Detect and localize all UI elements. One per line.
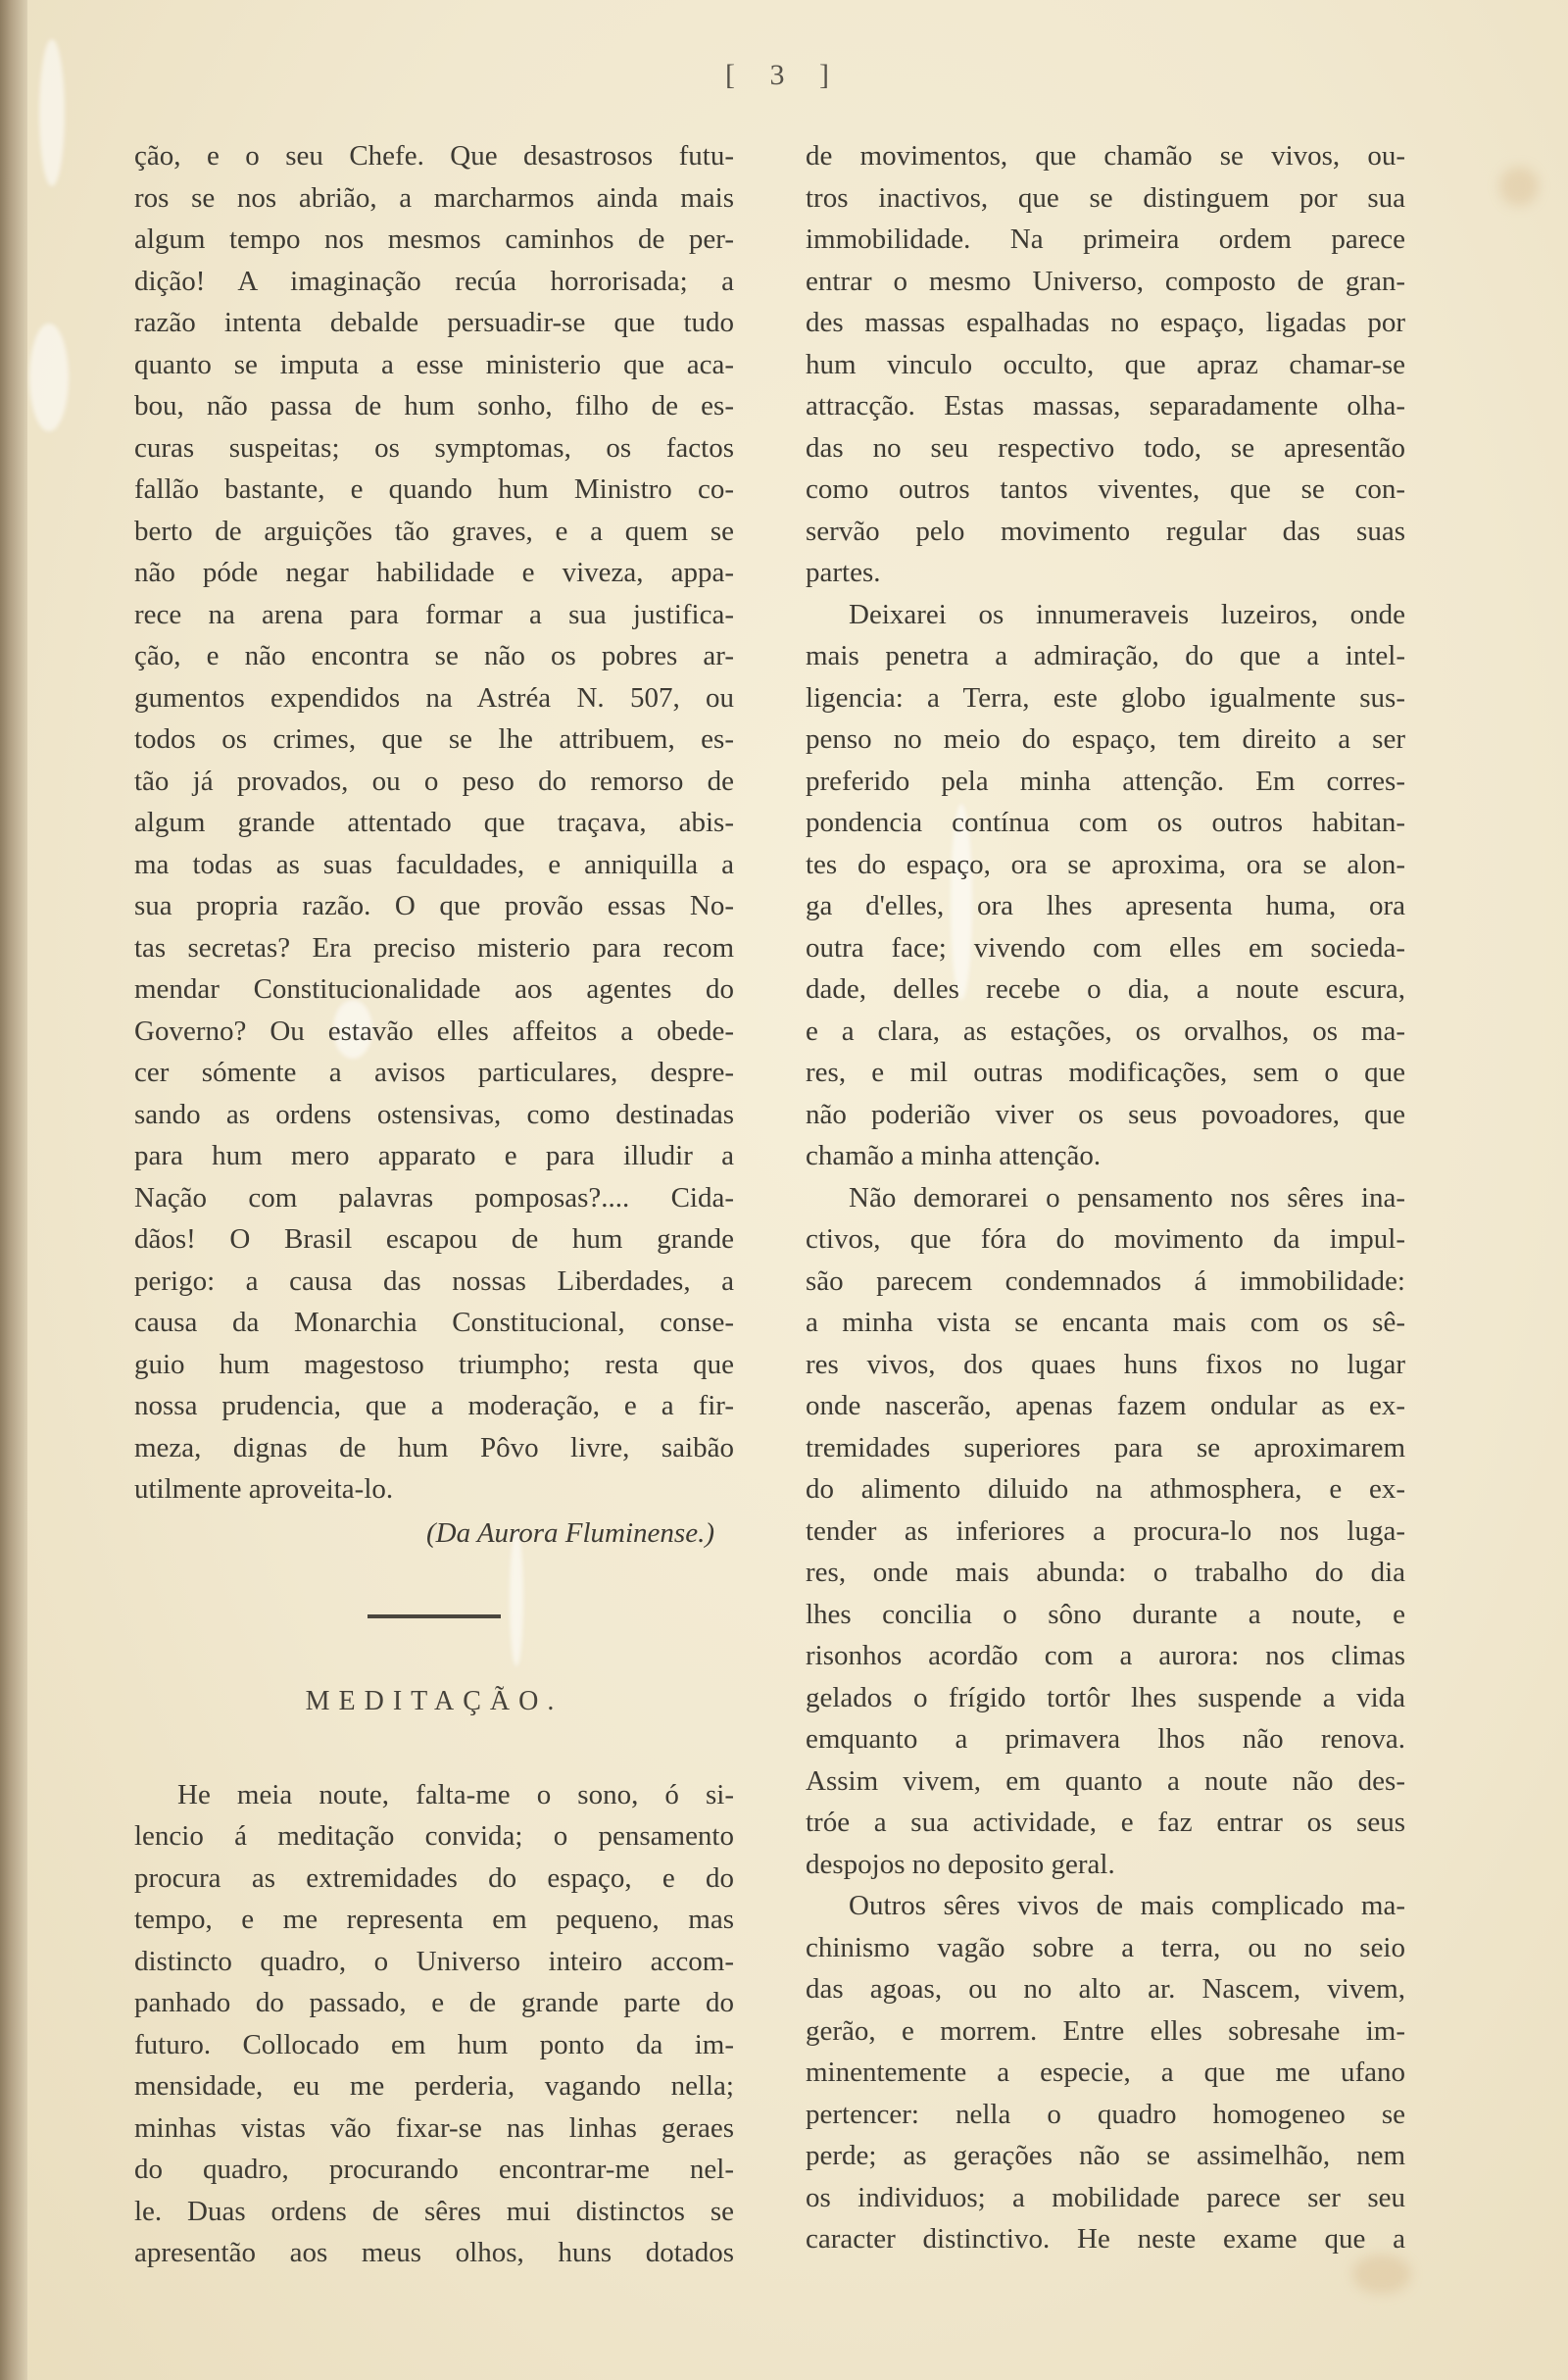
text-line: preferido pela minha attenção. Em corres… xyxy=(806,761,1405,803)
text-line: gerão, e morrem. Entre elles sobresahe i… xyxy=(806,2010,1405,2053)
text-line: penso no meio do espaço, tem direito a s… xyxy=(806,719,1405,761)
text-line: tas secretas? Era preciso misterio para … xyxy=(134,927,734,969)
text-line: tão já provados, ou o peso do remorso de xyxy=(134,761,734,803)
text-line: bou, não passa de hum sonho, filho de es… xyxy=(134,385,734,427)
text-line: ctivos, que fóra do movimento da impul- xyxy=(806,1218,1405,1261)
text-line: Nação com palavras pomposas?.... Cida- xyxy=(134,1177,734,1219)
text-line: emquanto a primavera lhos não renova. xyxy=(806,1718,1405,1760)
paper-foxing xyxy=(1499,167,1539,206)
text-line: pertencer: nella o quadro homogeneo se xyxy=(806,2094,1405,2136)
text-line: guio hum magestoso triumpho; resta que xyxy=(134,1344,734,1386)
text-line: do alimento diluido na athmosphera, e ex… xyxy=(806,1468,1405,1511)
text-line: tros inactivos, que se distinguem por su… xyxy=(806,177,1405,220)
text-line: curas suspeitas; os symptomas, os factos xyxy=(134,427,734,470)
text-line: como outros tantos viventes, que se con- xyxy=(806,469,1405,511)
text-line: immobilidade. Na primeira ordem parece xyxy=(806,219,1405,261)
text-line: minhas vistas vão fixar-se nas linhas ge… xyxy=(134,2107,734,2150)
text-line: rece na arena para formar a sua justific… xyxy=(134,594,734,636)
article-continuation: ção, e o seu Chefe. Que desastrosos futu… xyxy=(134,135,734,1554)
text-line: fallão bastante, e quando hum Ministro c… xyxy=(134,469,734,511)
binding-edge xyxy=(0,0,27,2380)
text-line: tróe a sua actividade, e faz entrar os s… xyxy=(806,1802,1405,1844)
text-line: tremidades superiores para se aproximare… xyxy=(806,1427,1405,1469)
text-line: res vivos, dos quaes huns fixos no lugar xyxy=(806,1344,1405,1386)
text-line: procura as extremidades do espaço, e do xyxy=(134,1858,734,1900)
text-line: sando as ordens ostensivas, como destina… xyxy=(134,1094,734,1136)
text-line: ros se nos abrião, a marcharmos ainda ma… xyxy=(134,177,734,220)
text-line: lhes concilia o sôno durante a noute, e xyxy=(806,1594,1405,1636)
text-line: berto de arguições tão graves, e a quem … xyxy=(134,511,734,553)
right-column: de movimentos, que chamão se vivos, ou- … xyxy=(806,135,1405,2260)
text-line: do quadro, procurando encontrar-me nel- xyxy=(134,2149,734,2191)
text-line: chamão a minha attenção. xyxy=(806,1135,1405,1177)
text-line: hum vinculo occulto, que apraz chamar-se xyxy=(806,344,1405,386)
text-line: des massas espalhadas no espaço, ligadas… xyxy=(806,302,1405,344)
text-line: perigo: a causa das nossas Liberdades, a xyxy=(134,1261,734,1303)
text-line: não poderião viver os seus povoadores, q… xyxy=(806,1094,1405,1136)
text-line: caracter distinctivo. He neste exame que… xyxy=(806,2218,1405,2260)
text-line: algum grande attentado que traçava, abis… xyxy=(134,802,734,844)
page-number: [ 3 ] xyxy=(0,59,1568,92)
text-line: ção, e o seu Chefe. Que desastrosos futu… xyxy=(134,135,734,177)
text-line: causa da Monarchia Constitucional, conse… xyxy=(134,1302,734,1344)
text-line: Deixarei os innumeraveis luzeiros, onde xyxy=(806,594,1405,636)
text-line: das agoas, ou no alto ar. Nascem, vivem, xyxy=(806,1968,1405,2010)
text-line: meza, dignas de hum Pôvo livre, saibão xyxy=(134,1427,734,1469)
text-line: outra face; vivendo com elles em socieda… xyxy=(806,927,1405,969)
source-attribution: (Da Aurora Fluminense.) xyxy=(134,1512,734,1555)
text-line: tes do espaço, ora se aproxima, ora se a… xyxy=(806,844,1405,886)
paragraph: Deixarei os innumeraveis luzeiros, onde … xyxy=(806,594,1405,1177)
paragraph: de movimentos, que chamão se vivos, ou- … xyxy=(806,135,1405,594)
text-line: le. Duas ordens de sêres mui distinctos … xyxy=(134,2191,734,2233)
section-divider-rule xyxy=(367,1614,501,1618)
text-line: e a clara, as estações, os orvalhos, os … xyxy=(806,1011,1405,1053)
text-line: ma todas as suas faculdades, e anniquill… xyxy=(134,844,734,886)
text-line: He meia noute, falta-me o sono, ó si- xyxy=(134,1774,734,1816)
paragraph: Outros sêres vivos de mais complicado ma… xyxy=(806,1885,1405,2260)
text-line: sua propria razão. O que provão essas No… xyxy=(134,885,734,927)
text-line: ligencia: a Terra, este globo igualmente… xyxy=(806,677,1405,719)
left-column: ção, e o seu Chefe. Que desastrosos futu… xyxy=(134,135,734,2274)
text-line: apresentão aos meus olhos, huns dotados xyxy=(134,2232,734,2274)
text-line: ção, e não encontra se não os pobres ar- xyxy=(134,635,734,677)
text-line: Assim vivem, em quanto a noute não des- xyxy=(806,1760,1405,1803)
text-line: ga d'elles, ora lhes apresenta huma, ora xyxy=(806,885,1405,927)
text-line: minentemente a especie, a que me ufano xyxy=(806,2052,1405,2094)
text-line: são parecem condemnados á immobilidade: xyxy=(806,1261,1405,1303)
text-line: das no seu respectivo todo, se apresentã… xyxy=(806,427,1405,470)
text-line: res, onde mais abunda: o trabalho do dia xyxy=(806,1552,1405,1594)
text-line: os individuos; a mobilidade parece ser s… xyxy=(806,2177,1405,2219)
text-line: nossa prudencia, que a moderação, e a fi… xyxy=(134,1385,734,1427)
text-line: Outros sêres vivos de mais complicado ma… xyxy=(806,1885,1405,1927)
text-line: risonhos acordão com a aurora: nos clima… xyxy=(806,1635,1405,1677)
text-line: algum tempo nos mesmos caminhos de per- xyxy=(134,219,734,261)
text-line: mendar Constitucionalidade aos agentes d… xyxy=(134,968,734,1011)
text-line: Governo? Ou estavão elles affeitos a obe… xyxy=(134,1011,734,1053)
text-line: pondencia contínua com os outros habitan… xyxy=(806,802,1405,844)
text-line: quanto se imputa a esse ministerio que a… xyxy=(134,344,734,386)
text-line: dição! A imaginação recúa horrorisada; a xyxy=(134,261,734,303)
text-line: perde; as gerações não se assimelhão, ne… xyxy=(806,2135,1405,2177)
text-line: tender as inferiores a procura-lo nos lu… xyxy=(806,1511,1405,1553)
text-line: lencio á meditação convida; o pensamento xyxy=(134,1815,734,1858)
text-line: todos os crimes, que se lhe attribuem, e… xyxy=(134,719,734,761)
text-line: chinismo vagão sobre a terra, ou no seio xyxy=(806,1927,1405,1969)
text-line: não póde negar habilidade e viveza, appa… xyxy=(134,552,734,594)
text-line: mensidade, eu me perderia, vagando nella… xyxy=(134,2065,734,2107)
text-line: dade, delles recebe o dia, a noute escur… xyxy=(806,968,1405,1011)
text-line: futuro. Collocado em hum ponto da im- xyxy=(134,2024,734,2066)
text-line: despojos no deposito geral. xyxy=(806,1844,1405,1886)
text-line: gumentos expendidos na Astréa N. 507, ou xyxy=(134,677,734,719)
scanned-newspaper-page: [ 3 ] ção, e o seu Chefe. Que desastroso… xyxy=(0,0,1568,2380)
text-line: tempo, e me representa em pequeno, mas xyxy=(134,1899,734,1941)
text-line: gelados o frígido tortôr lhes suspende a… xyxy=(806,1677,1405,1719)
text-line: dãos! O Brasil escapou de hum grande xyxy=(134,1218,734,1261)
text-line: mais penetra a admiração, do que a intel… xyxy=(806,635,1405,677)
text-line: panhado do passado, e de grande parte do xyxy=(134,1982,734,2024)
text-line: razão intenta debalde persuadir-se que t… xyxy=(134,302,734,344)
text-line: de movimentos, que chamão se vivos, ou- xyxy=(806,135,1405,177)
text-line: onde nascerão, apenas fazem ondular as e… xyxy=(806,1385,1405,1427)
text-line: utilmente aproveita-lo. xyxy=(134,1468,734,1511)
text-line: servão pelo movimento regular das suas xyxy=(806,511,1405,553)
section-heading: MEDITAÇÃO. xyxy=(134,1681,734,1723)
text-line: entrar o mesmo Universo, composto de gra… xyxy=(806,261,1405,303)
paper-stain xyxy=(29,323,69,431)
paragraph: Não demorarei o pensamento nos sêres ina… xyxy=(806,1177,1405,1886)
text-line: res, e mil outras modificações, sem o qu… xyxy=(806,1052,1405,1094)
text-line: distincto quadro, o Universo inteiro acc… xyxy=(134,1941,734,1983)
text-line: attracção. Estas massas, separadamente o… xyxy=(806,385,1405,427)
text-line: para hum mero apparato e para illudir a xyxy=(134,1135,734,1177)
text-line: cer sómente a avisos particulares, despr… xyxy=(134,1052,734,1094)
text-line: a minha vista se encanta mais com os sê- xyxy=(806,1302,1405,1344)
text-line: partes. xyxy=(806,552,1405,594)
paper-foxing xyxy=(1352,2255,1411,2294)
text-line: Não demorarei o pensamento nos sêres ina… xyxy=(806,1177,1405,1219)
meditacao-paragraph: He meia noute, falta-me o sono, ó si- le… xyxy=(134,1774,734,2274)
